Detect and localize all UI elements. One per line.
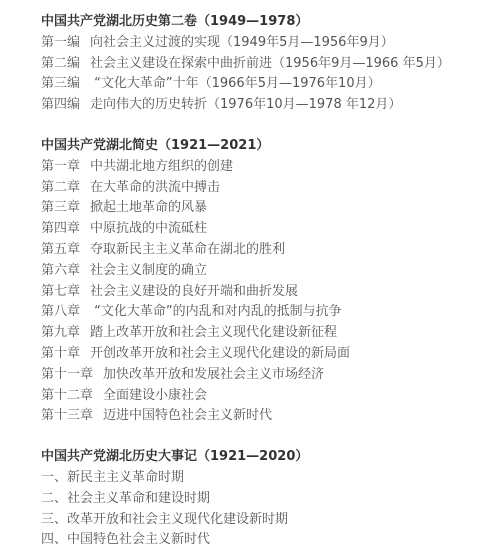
item-number: 第十二章 (41, 386, 93, 407)
item-number: 第一章 (41, 157, 80, 178)
item-title: 迈进中国特色社会主义新时代 (103, 408, 272, 423)
list-item: 第八章 “文化大革命”的内乱和对内乱的抵制与抗争 (41, 302, 502, 323)
item-number: 第十章 (41, 344, 80, 365)
section-chronicle: 中国共产党湖北历史大事记（1921—2020） 一、新民主主义革命时期 二、社会… (41, 447, 502, 546)
list-item: 二、社会主义革命和建设时期 (41, 489, 502, 510)
item-number: 第九章 (41, 323, 80, 344)
list-item: 第二章在大革命的洪流中搏击 (41, 178, 502, 199)
item-number: 第一编 (41, 33, 80, 54)
list-item: 四、中国特色社会主义新时代 (41, 530, 502, 546)
item-title: 全面建设小康社会 (103, 388, 207, 403)
item-number: 第三章 (41, 198, 80, 219)
item-title: 加快改革开放和发展社会主义市场经济 (103, 367, 324, 382)
item-title: 四、中国特色社会主义新时代 (41, 532, 210, 546)
section-heading: 中国共产党湖北历史第二卷（1949—1978） (41, 12, 502, 33)
item-title: 开创改革开放和社会主义现代化建设的新局面 (90, 346, 350, 361)
list-item: 第九章踏上改革开放和社会主义现代化建设新征程 (41, 323, 502, 344)
list-item: 三、改革开放和社会主义现代化建设新时期 (41, 510, 502, 531)
list-item: 第十一章加快改革开放和发展社会主义市场经济 (41, 365, 502, 386)
item-number: 第十一章 (41, 365, 93, 386)
document-body: 中国共产党湖北历史第二卷（1949—1978） 第一编向社会主义过渡的实现（19… (0, 0, 502, 546)
list-item: 第一章中共湖北地方组织的创建 (41, 157, 502, 178)
item-title: 踏上改革开放和社会主义现代化建设新征程 (90, 325, 337, 340)
item-title: 社会主义制度的确立 (90, 263, 207, 278)
item-title: 夺取新民主主义革命在湖北的胜利 (90, 242, 285, 257)
section-heading: 中国共产党湖北简史（1921—2021） (41, 136, 502, 157)
list-item: 第十三章迈进中国特色社会主义新时代 (41, 406, 502, 427)
item-number: 第六章 (41, 261, 80, 282)
item-number: 第四章 (41, 219, 80, 240)
item-title: 社会主义建设在探索中曲折前进（1956年9月—1966 年5月） (90, 56, 450, 71)
item-title: “文化大革命”十年（1966年5月—1976年10月） (90, 76, 381, 91)
list-item: 第五章夺取新民主主义革命在湖北的胜利 (41, 240, 502, 261)
list-item: 第二编社会主义建设在探索中曲折前进（1956年9月—1966 年5月） (41, 54, 502, 75)
section-heading: 中国共产党湖北历史大事记（1921—2020） (41, 447, 502, 468)
list-item: 第四章中原抗战的中流砥柱 (41, 219, 502, 240)
item-number: 第五章 (41, 240, 80, 261)
item-number: 第十三章 (41, 406, 93, 427)
item-title: 掀起土地革命的风暴 (90, 200, 207, 215)
list-item: 第七章社会主义建设的良好开端和曲折发展 (41, 282, 502, 303)
item-number: 第三编 (41, 74, 80, 95)
list-item: 第十二章全面建设小康社会 (41, 386, 502, 407)
list-item: 第十章开创改革开放和社会主义现代化建设的新局面 (41, 344, 502, 365)
list-item: 一、新民主主义革命时期 (41, 468, 502, 489)
section-volume-two: 中国共产党湖北历史第二卷（1949—1978） 第一编向社会主义过渡的实现（19… (41, 12, 502, 116)
list-item: 第六章社会主义制度的确立 (41, 261, 502, 282)
item-number: 第二编 (41, 54, 80, 75)
list-item: 第四编走向伟大的历史转折（1976年10月—1978 年12月） (41, 95, 502, 116)
item-number: 第八章 (41, 302, 80, 323)
item-title: 社会主义建设的良好开端和曲折发展 (90, 284, 298, 299)
item-title: 中共湖北地方组织的创建 (90, 159, 233, 174)
list-item: 第三章掀起土地革命的风暴 (41, 198, 502, 219)
item-title: 中原抗战的中流砥柱 (90, 221, 207, 236)
item-title: 在大革命的洪流中搏击 (90, 180, 220, 195)
item-title: 走向伟大的历史转折（1976年10月—1978 年12月） (90, 97, 401, 112)
item-title: 三、改革开放和社会主义现代化建设新时期 (41, 512, 288, 527)
item-number: 第二章 (41, 178, 80, 199)
item-title: 一、新民主主义革命时期 (41, 470, 184, 485)
item-number: 第四编 (41, 95, 80, 116)
item-title: “文化大革命”的内乱和对内乱的抵制与抗争 (90, 304, 342, 319)
item-title: 向社会主义过渡的实现（1949年5月—1956年9月） (90, 35, 394, 50)
list-item: 第三编 “文化大革命”十年（1966年5月—1976年10月） (41, 74, 502, 95)
item-number: 第七章 (41, 282, 80, 303)
item-title: 二、社会主义革命和建设时期 (41, 491, 210, 506)
section-brief-history: 中国共产党湖北简史（1921—2021） 第一章中共湖北地方组织的创建 第二章在… (41, 136, 502, 427)
list-item: 第一编向社会主义过渡的实现（1949年5月—1956年9月） (41, 33, 502, 54)
